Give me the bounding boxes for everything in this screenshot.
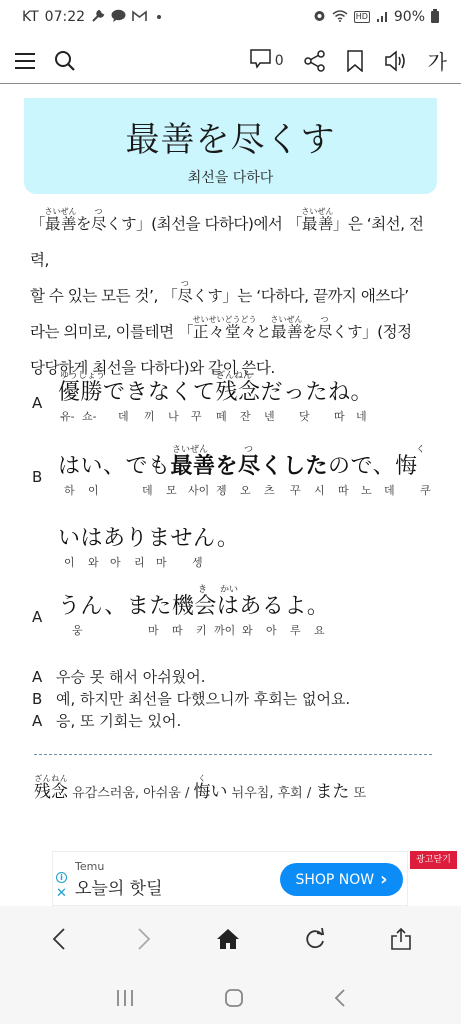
explanation-paragraph: 「最善さいぜんを尽つくす」(최선을 다하다)에서 「最善さいぜん」은 ‘최선, …: [30, 206, 440, 386]
translation-row: B예, 하지만 최선을 다했으니까 후회는 없어요.: [32, 688, 350, 710]
dialogue-line-2: B さいぜん つ く はい、でも最善を尽くしたので、悔 하 이 데 모 사이 젱…: [32, 440, 442, 498]
furigana-row: さいぜん つ く: [58, 440, 442, 454]
wifi-icon: [332, 9, 348, 25]
bookmark-icon[interactable]: [346, 50, 364, 72]
pronunciation-row: 하 이 데 모 사이 젱 오 츠 꾸 시 따 노 데 쿠: [58, 482, 442, 498]
carrier-label: KT: [22, 9, 39, 25]
furigana-row: [58, 512, 442, 526]
furigana-row: き かい: [58, 580, 442, 594]
menu-icon[interactable]: [14, 52, 36, 70]
translation-row: A우승 못 해서 아쉬웠어.: [32, 666, 350, 688]
japanese-sentence: いはありません。: [58, 526, 442, 552]
pronunciation-row: 웅 마 따 키 까이 와 아 루 요: [58, 622, 442, 638]
dialogue-line-2-continued: いはありません。 이 와 아 리 마 셍: [32, 512, 442, 570]
comment-count: 0: [275, 53, 284, 69]
chevron-right-icon: ›: [380, 869, 387, 890]
close-ad-button[interactable]: 광고닫기: [410, 851, 457, 869]
explanation-line-1: 「最善さいぜんを尽つくす」(최선을 다하다)에서 「最善さいぜん」은 ‘최선, …: [30, 206, 440, 278]
browser-toolbar: [0, 906, 461, 972]
shop-now-button[interactable]: SHOP NOW ›: [280, 863, 403, 896]
alarm-icon: [313, 9, 326, 25]
home-icon[interactable]: [216, 928, 240, 950]
speaker-label: B: [32, 440, 58, 486]
refresh-icon[interactable]: [303, 927, 327, 951]
title-card: 最善を尽くす 최선을 다하다: [24, 98, 437, 194]
japanese-sentence: 優勝できなくて残念だったね。: [58, 380, 442, 406]
ad-brand: Temu: [75, 860, 104, 873]
explanation-line-3: 라는 의미로, 이를테면 「正々堂々せいせいどうどうと最善さいぜんを尽つくす」(…: [30, 314, 440, 350]
search-icon[interactable]: [54, 50, 76, 72]
hd-icon: HD: [354, 11, 370, 23]
ad-headline: 오늘의 핫딜: [75, 874, 163, 899]
back-icon[interactable]: [50, 927, 70, 951]
comment-icon: [250, 49, 272, 73]
ad-close-x-icon[interactable]: ✕: [56, 887, 67, 900]
ad-info-icon[interactable]: i: [56, 872, 67, 883]
font-size-button[interactable]: 가: [428, 46, 447, 75]
pronunciation-row: 이 와 아 리 마 셍: [58, 554, 442, 570]
expression-meaning: 최선을 다하다: [24, 167, 437, 187]
battery-icon: [431, 11, 439, 23]
kakaotalk-icon: [111, 9, 126, 25]
dialogue-line-3: A き かい うん、また機会はあるよ。 웅 마 따 키 까이 와 아 루 요: [32, 580, 442, 638]
vocabulary-line: 残念ざんねん 유감스러움, 아쉬움 / 悔くい 뉘우침, 후회 / また 또: [34, 774, 366, 802]
system-nav-bar: [0, 972, 461, 1024]
translation-block: A우승 못 해서 아쉬웠어. B예, 하지만 최선을 다했으니까 후회는 없어요…: [32, 666, 350, 732]
share-icon[interactable]: [390, 927, 412, 951]
translation-row: A응, 또 기회는 있어.: [32, 710, 350, 732]
dialogue-line-1: A ゆうしょう ざんねん 優勝できなくて残念だったね。 유- 쇼- 데 끼 나 …: [32, 366, 442, 424]
japanese-sentence: うん、また機会はあるよ。: [58, 594, 442, 620]
status-bar: KT 07:22 HD 90%: [0, 0, 461, 34]
speaker-label: A: [32, 580, 58, 626]
share-icon[interactable]: [304, 50, 326, 72]
ad-banner[interactable]: i ✕ Temu 오늘의 핫딜 SHOP NOW ›: [52, 851, 408, 906]
notification-dot-icon: [157, 15, 161, 19]
speaker-label: [32, 512, 58, 540]
speaker-icon[interactable]: [384, 50, 408, 72]
expression-title: 最善を尽くす: [24, 112, 437, 161]
recents-icon[interactable]: [115, 989, 135, 1007]
gmail-icon: [132, 10, 147, 25]
clock: 07:22: [45, 9, 85, 25]
forward-icon[interactable]: [133, 927, 153, 951]
signal-icon: [376, 10, 388, 25]
dashed-divider: [34, 754, 432, 755]
pronunciation-row: 유- 쇼- 데 끼 나 꾸 떼 잔 넨 닷 따 네: [58, 408, 442, 424]
battery-percent: 90%: [394, 9, 425, 25]
japanese-sentence: はい、でも最善を尽くしたので、悔: [58, 454, 442, 480]
comment-button[interactable]: 0: [250, 49, 284, 73]
wrench-icon: [91, 9, 105, 26]
back-icon[interactable]: [333, 988, 347, 1008]
app-header: 0 가: [0, 38, 461, 84]
furigana-row: ゆうしょう ざんねん: [58, 366, 442, 380]
speaker-label: A: [32, 366, 58, 412]
home-icon[interactable]: [224, 988, 244, 1008]
explanation-line-2: 할 수 있는 모든 것’, 「尽つくす」는 ‘다하다, 끝까지 애쓰다’: [30, 278, 440, 314]
